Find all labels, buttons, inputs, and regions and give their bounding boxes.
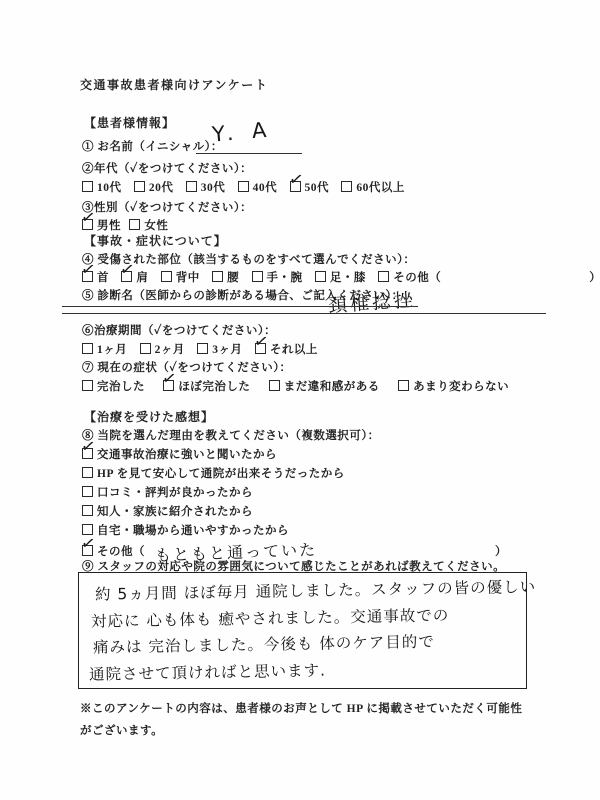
q2-option-40s: ✓40代	[238, 179, 278, 195]
section-header-impressions: 【治療を受けた感想】	[84, 408, 214, 425]
q7-option-no-change: ✓あまり変わらない	[398, 378, 509, 394]
checkbox: ✓	[163, 380, 174, 391]
q5-answer-underline	[62, 306, 418, 307]
q2-option-60s-plus: ✓60代以上	[341, 179, 405, 195]
q6-option-more: ✓それ以上	[255, 341, 318, 357]
q8-option-convenience: ✓自宅・職場から通いやすかったから	[82, 522, 289, 538]
q8-option-reputation-traffic: ✓交通事故治療に強いと聞いたから	[82, 446, 277, 462]
q4-label: ④ 受傷された部位（該当するものをすべて選んでください）：	[82, 251, 415, 267]
checkbox: ✓	[82, 271, 93, 282]
checkbox: ✓	[255, 343, 266, 354]
q4-option-neck: ✓首	[82, 269, 109, 285]
q2-option-50s: ✓50代	[290, 179, 330, 195]
q3-options-row: ✓男性 ✓女性	[82, 217, 177, 233]
q1-answer-underline	[196, 153, 302, 154]
page-title: 交通事故患者様向けアンケート	[80, 76, 268, 93]
q8-option-reviews: ✓口コミ・評判が良かったから	[82, 484, 253, 500]
checkbox: ✓	[238, 181, 249, 192]
checkbox: ✓	[398, 380, 409, 391]
checkbox: ✓	[134, 181, 145, 192]
q4-option-shoulder: ✓肩	[121, 269, 148, 285]
q7-option-discomfort: ✓まだ違和感がある	[269, 378, 380, 394]
q3-option-male: ✓男性	[82, 217, 121, 233]
checkbox: ✓	[121, 271, 132, 282]
checkbox: ✓	[290, 181, 301, 192]
q1-label: ① お名前（イニシャル）：	[82, 141, 223, 153]
q3-option-female: ✓女性	[129, 217, 168, 233]
q8-label: ⑧ 当院を選んだ理由を教えてください（複数選択可）：	[82, 427, 380, 443]
q4-option-hand-arm: ✓手・腕	[252, 269, 303, 285]
q1-handwritten-initials: Y. A	[211, 117, 273, 146]
checkbox: ✓	[82, 343, 93, 354]
q2-options-row: ✓10代 ✓20代 ✓30代 ✓40代 ✓50代 ✓60代以上	[82, 179, 414, 195]
q9-comment-box: 約 5ヵ月間 ほぼ毎月 通院しました。スタッフの皆の優しい 対応に 心も体も 癒…	[78, 572, 527, 689]
checkbox: ✓	[82, 219, 93, 230]
q6-options-row: ✓1ヶ月 ✓2ヶ月 ✓3ヶ月 ✓それ以上	[82, 341, 327, 357]
section-divider-line	[62, 313, 546, 314]
checkbox: ✓	[186, 181, 197, 192]
q7-option-mostly-cured: ✓ほぼ完治した	[163, 378, 250, 394]
checkbox: ✓	[82, 181, 93, 192]
checkbox: ✓	[82, 380, 93, 391]
checkbox: ✓	[252, 271, 263, 282]
checkbox: ✓	[82, 524, 93, 535]
checkbox: ✓	[161, 271, 172, 282]
checkbox: ✓	[212, 271, 223, 282]
q2-option-30s: ✓30代	[186, 179, 226, 195]
footer-note: ※このアンケートの内容は、患者様のお声として HP に掲載させていただく可能性が…	[80, 698, 532, 742]
q8-option-referral: ✓知人・家族に紹介されたから	[82, 503, 253, 519]
q7-label: ⑦ 現在の症状（✓をつけてください）：	[82, 359, 292, 375]
q4-option-leg-knee: ✓足・膝	[315, 269, 366, 285]
checkbox: ✓	[129, 219, 140, 230]
q7-options-row: ✓完治した ✓ほぼ完治した ✓まだ違和感がある ✓あまり変わらない	[82, 378, 518, 394]
section-header-accident: 【事故・症状について】	[84, 232, 227, 249]
q2-label: ②年代（✓をつけてください）：	[82, 160, 252, 176]
section-header-patient-info: 【患者様情報】	[84, 114, 175, 131]
checkbox: ✓	[82, 467, 93, 478]
q1-name-row: ① お名前（イニシャル）：	[82, 138, 223, 154]
q4-option-waist: ✓腰	[212, 269, 239, 285]
scanned-survey-page: 交通事故患者様向けアンケート 【患者様情報】 ① お名前（イニシャル）： Y. …	[0, 0, 600, 800]
q3-label: ③性別（✓をつけてください）：	[82, 199, 252, 215]
q2-option-20s: ✓20代	[134, 179, 174, 195]
checkbox: ✓	[378, 271, 389, 282]
q6-option-2months: ✓2ヶ月	[140, 341, 185, 357]
checkbox: ✓	[82, 448, 93, 459]
checkbox: ✓	[82, 545, 93, 556]
q4-option-other: ✓その他（）	[378, 269, 600, 285]
checkbox: ✓	[341, 181, 352, 192]
q7-option-cured: ✓完治した	[82, 378, 145, 394]
q2-option-10s: ✓10代	[82, 179, 122, 195]
q6-option-1month: ✓1ヶ月	[82, 341, 127, 357]
checkbox: ✓	[269, 380, 280, 391]
checkbox: ✓	[140, 343, 151, 354]
q6-option-3months: ✓3ヶ月	[197, 341, 242, 357]
q8-option-website: ✓HP を見て安心して通院が出来そうだったから	[82, 465, 345, 481]
q4-options-row: ✓首 ✓肩 ✓背中 ✓腰 ✓手・腕 ✓足・膝 ✓その他（）	[82, 269, 600, 285]
checkmark-icon: ✓	[287, 169, 305, 191]
checkbox: ✓	[82, 486, 93, 497]
checkbox: ✓	[197, 343, 208, 354]
q6-label: ⑥治療期間（✓をつけてください）：	[82, 322, 276, 338]
q4-option-back: ✓背中	[161, 269, 200, 285]
checkbox: ✓	[82, 505, 93, 516]
checkbox: ✓	[315, 271, 326, 282]
